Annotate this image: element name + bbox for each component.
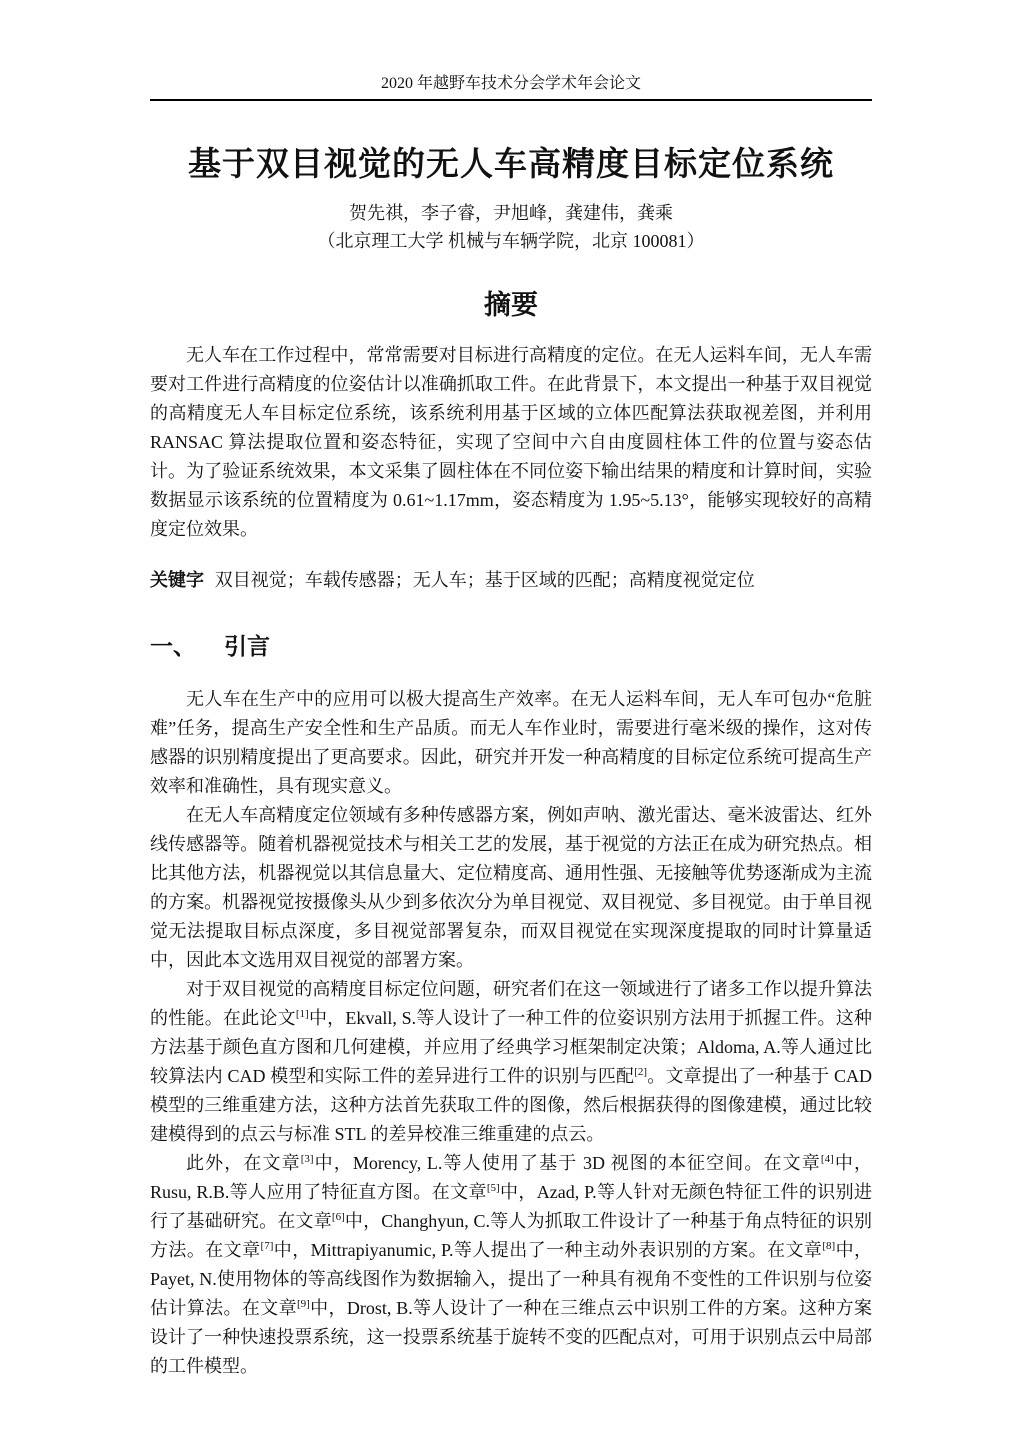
section-heading-introduction: 一、引言 [150,631,872,661]
header-rule [150,99,872,101]
abstract-paragraph: 无人车在工作过程中，常常需要对目标进行高精度的定位。在无人运料车间，无人车需要对… [150,341,872,544]
intro-paragraph-4: 此外，在文章[3]中，Morency, L.等人使用了基于 3D 视图的本征空间… [150,1149,872,1381]
paper-title: 基于双目视觉的无人车高精度目标定位系统 [150,145,872,185]
intro-paragraph-2: 在无人车高精度定位领域有多种传感器方案，例如声呐、激光雷达、毫米波雷达、红外线传… [150,801,872,975]
keywords-line: 关键字双目视觉；车载传感器；无人车；基于区域的匹配；高精度视觉定位 [150,566,872,595]
intro-paragraph-3: 对于双目视觉的高精度目标定位问题，研究者们在这一领域进行了诸多工作以提升算法的性… [150,975,872,1149]
authors-line: 贺先祺，李子睿，尹旭峰，龚建伟，龚乘 [150,201,872,225]
keywords-label: 关键字 [150,570,204,590]
affiliation-line: （北京理工大学 机械与车辆学院，北京 100081） [150,229,872,253]
page-header: 2020 年越野车技术分会学术年会论文 [150,0,872,101]
abstract-heading: 摘要 [150,287,872,323]
running-head: 2020 年越野车技术分会学术年会论文 [150,0,872,94]
page-content: 2020 年越野车技术分会学术年会论文 基于双目视觉的无人车高精度目标定位系统 … [0,0,1024,1381]
keywords-text: 双目视觉；车载传感器；无人车；基于区域的匹配；高精度视觉定位 [215,570,755,590]
intro-paragraph-1: 无人车在生产中的应用可以极大提高生产效率。在无人运料车间，无人车可包办“危脏难”… [150,685,872,801]
paper-page: 2020 年越野车技术分会学术年会论文 基于双目视觉的无人车高精度目标定位系统 … [0,0,1024,1448]
section-title: 引言 [224,633,270,659]
section-number: 一、 [150,633,196,659]
